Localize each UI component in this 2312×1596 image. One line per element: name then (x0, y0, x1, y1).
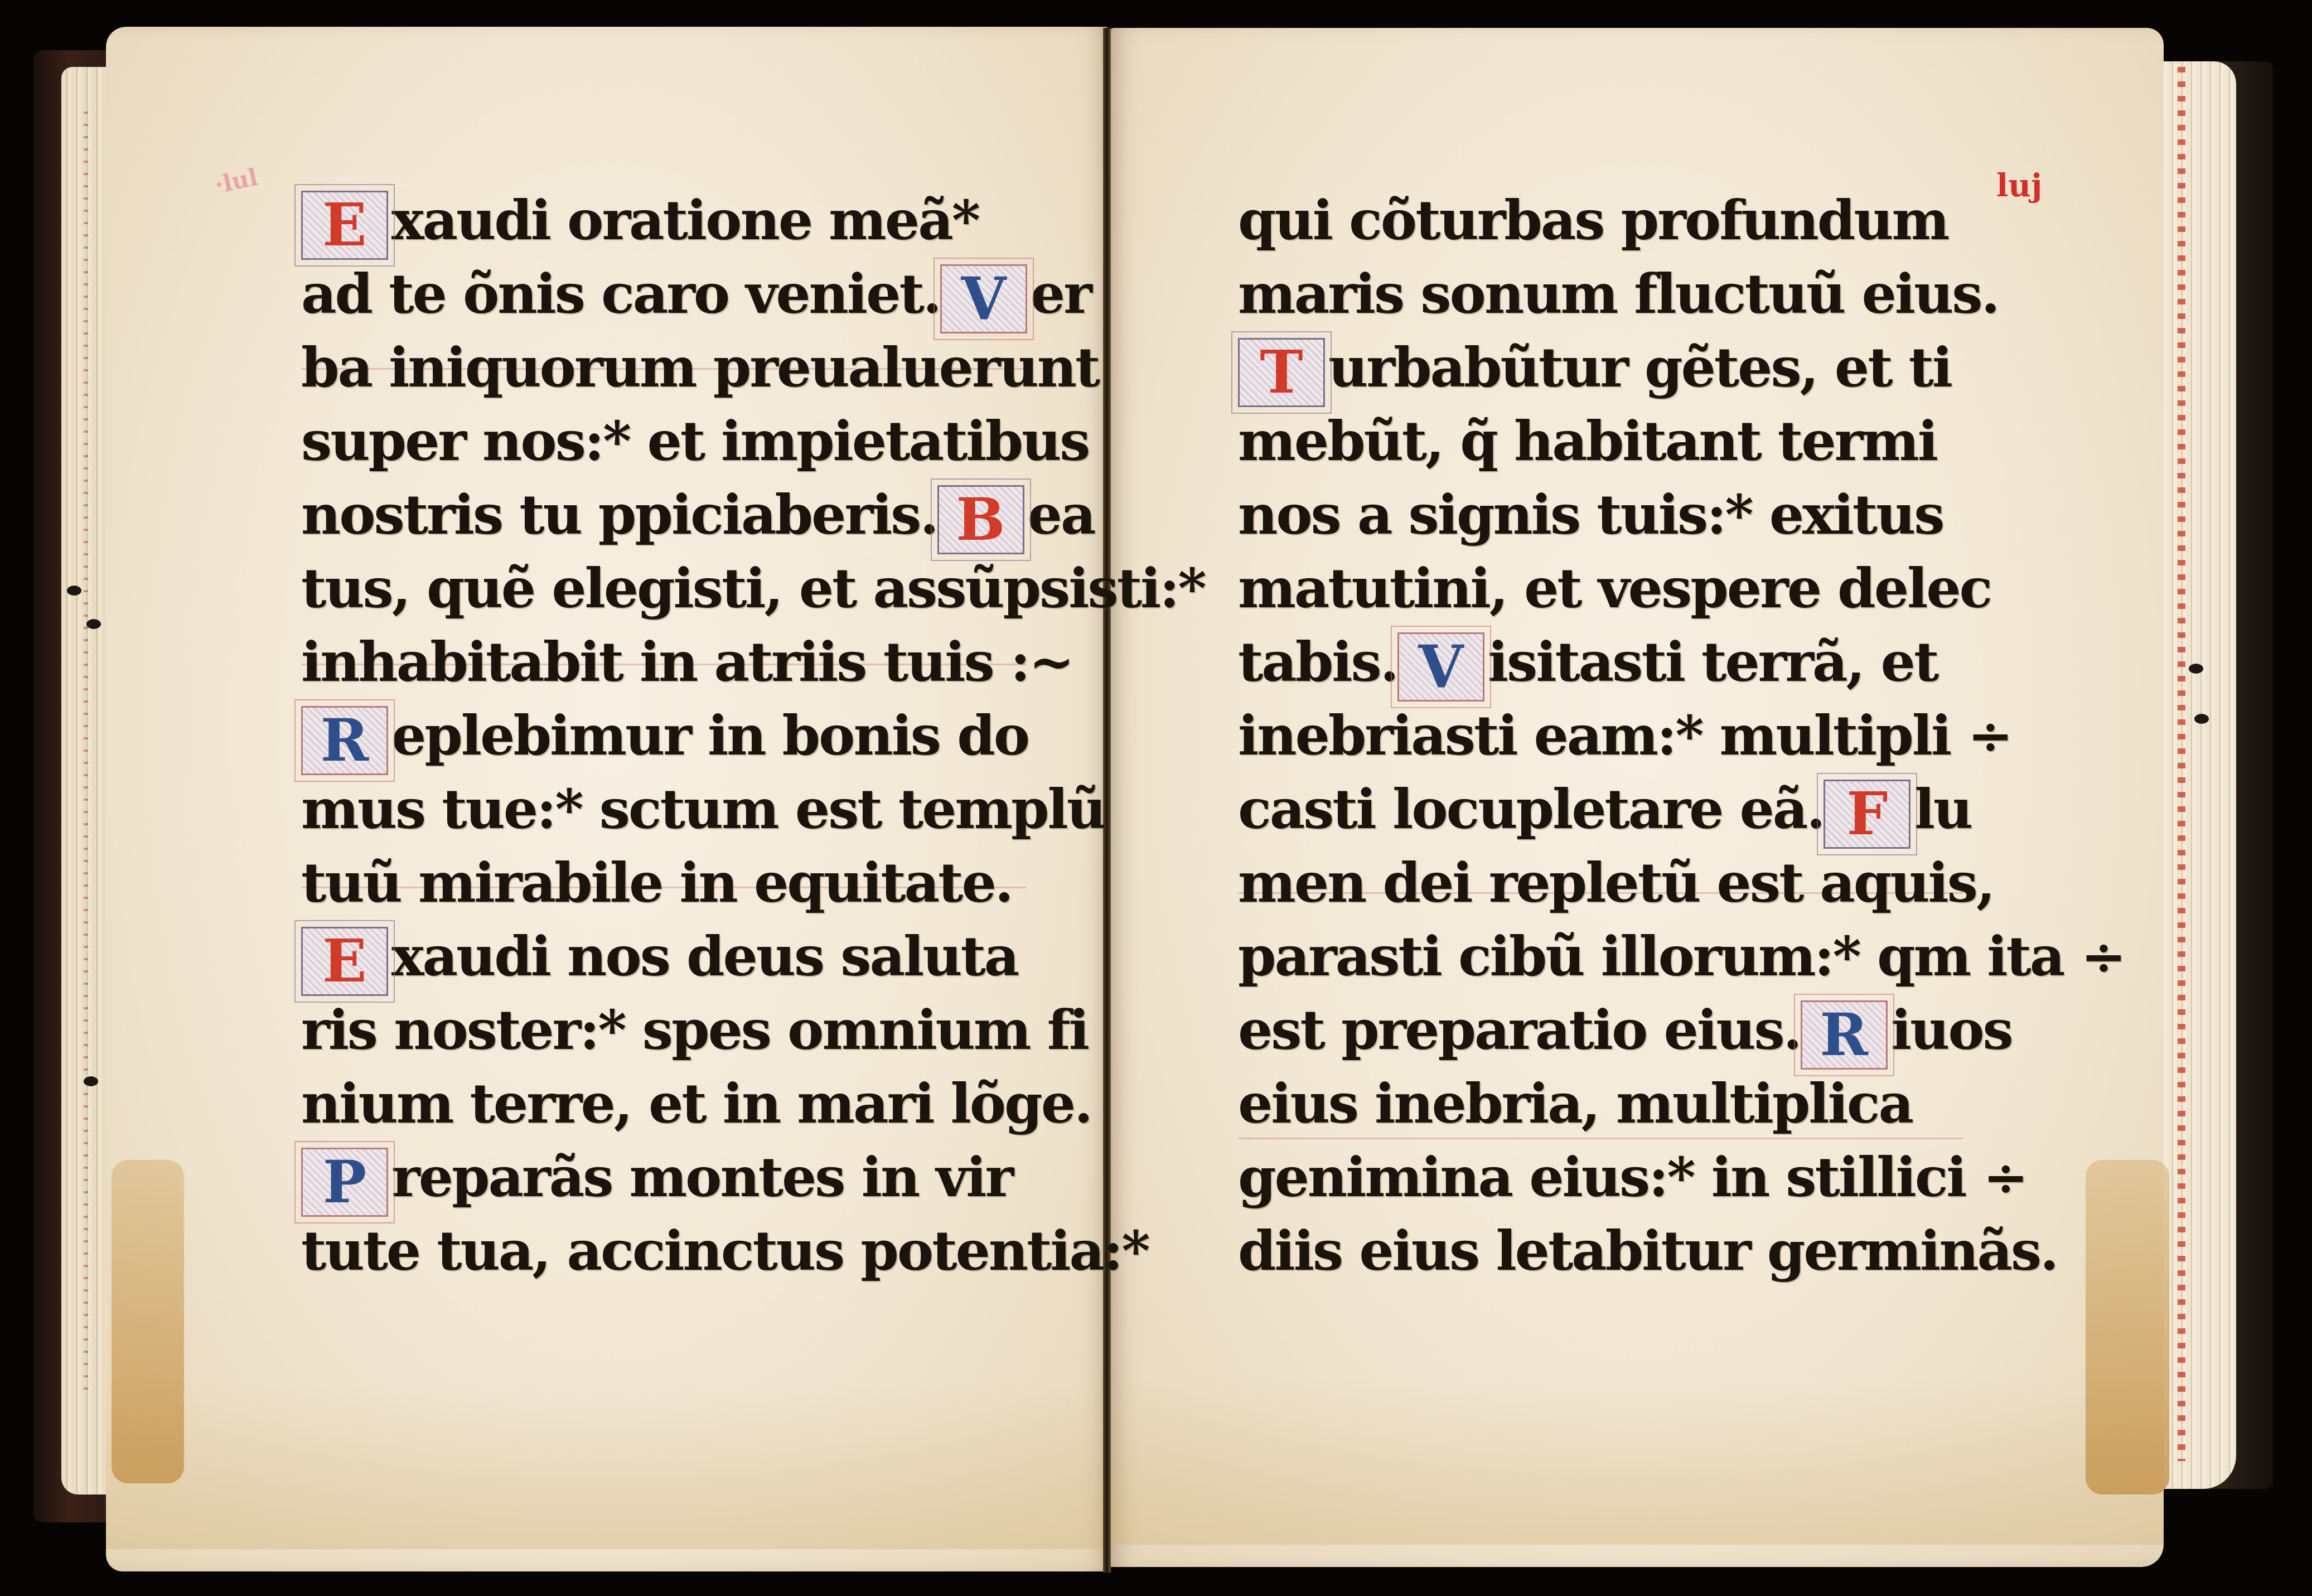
line-text: eius inebria, multiplica (1238, 1072, 1912, 1136)
text-line: ad te õnis caro veniet.Ver (301, 258, 1037, 331)
line-text: genimina eius:* in stillici ÷ (1238, 1145, 2027, 1210)
text-line: inebriasti eam:* multipli ÷ (1238, 699, 1980, 773)
page-stack-right (2158, 61, 2236, 1489)
line-text: diis eius letabitur germinãs. (1238, 1219, 2057, 1283)
text-line: Replebimur in bonis do (301, 699, 1037, 773)
text-line: tus, quẽ elegisti, et assũpsisti:* (301, 552, 1037, 626)
line-text: nos a signis tuis:* exitus (1238, 483, 1943, 547)
illuminated-initial: P (301, 1148, 388, 1217)
line-text: maris sonum fluctuũ eius. (1238, 262, 1999, 326)
line-text: est preparatio eius. (1238, 998, 1801, 1062)
text-line: ba iniquorum preualuerunt (301, 331, 1037, 405)
illuminated-initial: R (1801, 1000, 1888, 1070)
line-text: isitasti terrã, et (1488, 630, 1937, 694)
text-line: mebũt, q̃ habitant termi (1238, 405, 1980, 478)
illuminated-initial: V (1397, 632, 1484, 702)
page-tab (84, 1076, 98, 1086)
line-text: men dei repletũ est aquis, (1238, 851, 1994, 915)
text-line: inhabitabit in atriis tuis :~ (301, 626, 1037, 699)
fore-edge-marks-left (84, 112, 88, 1394)
corner-stain-right (2086, 1160, 2169, 1495)
illuminated-initial: R (301, 706, 388, 775)
text-line: eius inebria, multiplica (1238, 1067, 1980, 1141)
line-text: nium terre, et in mari lõge. (301, 1072, 1091, 1136)
left-text-block: Exaudi oratione meã* ad te õnis caro ven… (301, 184, 1037, 1288)
line-text: matutini, et vespere delec (1238, 557, 1991, 621)
line-text: lu (1914, 777, 1971, 841)
text-line: genimina eius:* in stillici ÷ (1238, 1141, 1980, 1215)
line-text: reparãs montes in vir (391, 1145, 1012, 1210)
line-text: mus tue:* sctum est templũ (301, 777, 1105, 841)
text-line: matutini, et vespere delec (1238, 552, 1980, 626)
line-text: ea (1028, 483, 1095, 547)
line-text: casti locupletare eã. (1238, 777, 1824, 841)
text-line: Turbabũtur gẽtes, et ti (1238, 331, 1980, 405)
line-text: inhabitabit in atriis tuis :~ (301, 630, 1073, 694)
line-text: xaudi oratione meã* (391, 188, 979, 253)
text-line: Exaudi oratione meã* (301, 184, 1037, 258)
text-line: parasti cibũ illorum:* qm ita ÷ (1238, 920, 1980, 994)
page-discoloration (1110, 1377, 2164, 1545)
text-line: nos a signis tuis:* exitus (1238, 478, 1980, 552)
text-line: men dei repletũ est aquis, (1238, 847, 1980, 920)
text-line: nostris tu ppiciaberis.Bea (301, 478, 1037, 552)
illuminated-initial: F (1824, 780, 1910, 849)
line-text: mebũt, q̃ habitant termi (1238, 409, 1937, 473)
photo-scene: ·lul luj Exaudi oratione meã* ad te õnis… (0, 0, 2312, 1596)
line-text: tabis. (1238, 630, 1397, 694)
illuminated-initial: B (937, 485, 1024, 554)
page-discoloration (106, 1382, 1110, 1549)
line-text: ad te õnis caro veniet. (301, 262, 940, 326)
line-text: tute tua, accinctus potentia:* (301, 1219, 1149, 1283)
text-line: qui cõturbas profundum (1238, 184, 1980, 258)
line-text: tuũ mirabile in equitate. (301, 851, 1012, 915)
illuminated-initial: V (940, 264, 1027, 333)
illuminated-initial: T (1238, 338, 1325, 407)
right-text-block: qui cõturbas profundum maris sonum fluct… (1238, 184, 1980, 1288)
line-text: super nos:* et impietatibus (301, 409, 1089, 473)
text-line: Preparãs montes in vir (301, 1141, 1037, 1215)
text-line: maris sonum fluctuũ eius. (1238, 258, 1980, 331)
line-text: parasti cibũ illorum:* qm ita ÷ (1238, 925, 2125, 989)
line-text: urbabũtur gẽtes, et ti (1328, 336, 1951, 400)
folio-number-right: luj (1996, 167, 2042, 204)
line-text: nostris tu ppiciaberis. (301, 483, 937, 547)
illuminated-initial: E (301, 927, 388, 996)
line-text: ris noster:* spes omnium fi (301, 998, 1088, 1062)
line-text: xaudi nos deus saluta (391, 925, 1018, 989)
text-line: diis eius letabitur germinãs. (1238, 1215, 1980, 1288)
page-tab (2194, 714, 2209, 724)
page-tab (67, 586, 81, 596)
page-tab (2189, 664, 2203, 674)
line-text: er (1031, 262, 1091, 326)
line-text: qui cõturbas profundum (1238, 188, 1948, 253)
text-line: casti locupletare eã.Flu (1238, 773, 1980, 847)
line-text: ba iniquorum preualuerunt (301, 336, 1099, 400)
text-line: mus tue:* sctum est templũ (301, 773, 1037, 847)
page-tab (86, 619, 101, 629)
text-line: ris noster:* spes omnium fi (301, 994, 1037, 1067)
text-line: tute tua, accinctus potentia:* (301, 1215, 1037, 1288)
text-line: Exaudi nos deus saluta (301, 920, 1037, 994)
line-text: tus, quẽ elegisti, et assũpsisti:* (301, 557, 1205, 621)
text-line: super nos:* et impietatibus (301, 405, 1037, 478)
text-line: nium terre, et in mari lõge. (301, 1067, 1037, 1141)
text-line: est preparatio eius.Riuos (1238, 994, 1980, 1067)
line-text: eplebimur in bonis do (391, 704, 1028, 768)
text-line: tabis.Visitasti terrã, et (1238, 626, 1980, 699)
fore-edge-marks-right (2178, 67, 2185, 1461)
illuminated-initial: E (301, 191, 388, 260)
line-text: inebriasti eam:* multipli ÷ (1238, 704, 2011, 768)
line-text: iuos (1891, 998, 2012, 1062)
corner-stain-left (112, 1160, 184, 1483)
text-line: tuũ mirabile in equitate. (301, 847, 1037, 920)
